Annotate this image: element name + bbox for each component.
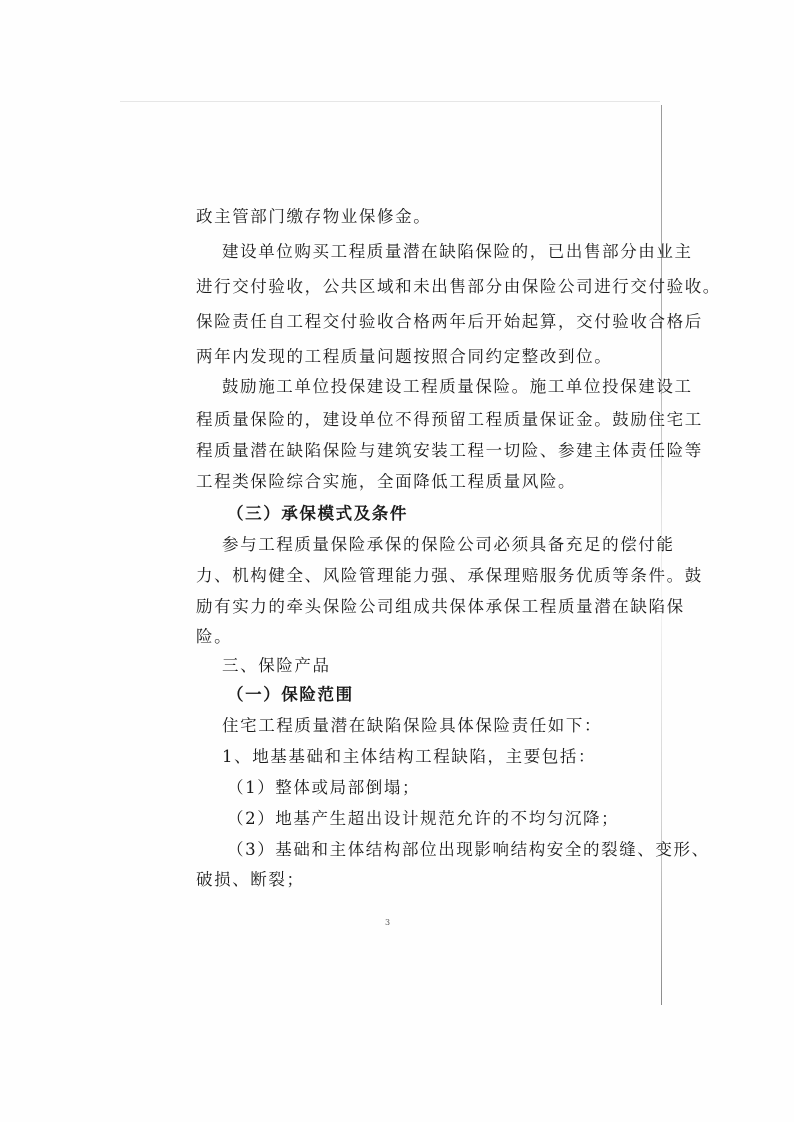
page-number: 3 (385, 918, 390, 927)
text-line: 程质量潜在缺陷保险与建筑安装工程一切险、参建主体责任险等 (196, 441, 703, 461)
text-line: 三、保险产品 (222, 656, 331, 676)
text-line: 程质量保险的，建设单位不得预留工程质量保证金。鼓励住宅工 (196, 410, 703, 430)
section-heading: （三）承保模式及条件 (227, 504, 408, 524)
text-line: 破损、断裂； (196, 870, 305, 890)
text-line: 政主管部门缴存物业保修金。 (196, 207, 431, 227)
text-line: （1）整体或局部倒塌； (227, 778, 420, 798)
text-line: 力、机构健全、风险管理能力强、承保理赔服务优质等条件。鼓 (196, 566, 703, 586)
text-line: （3）基础和主体结构部位出现影响结构安全的裂缝、变形、 (227, 840, 710, 860)
text-line: 励有实力的牵头保险公司组成共保体承保工程质量潜在缺陷保 (196, 597, 685, 617)
text-line: 1、地基基础和主体结构工程缺陷，主要包括： (222, 747, 596, 767)
text-line: （2）地基产生超出设计规范允许的不均匀沉降； (227, 809, 619, 829)
text-line: 参与工程质量保险承保的保险公司必须具备充足的偿付能 (222, 535, 675, 555)
text-line: 险。 (196, 627, 232, 647)
scan-right-edge (661, 105, 662, 1005)
text-line: 鼓励施工单位投保建设工程质量保险。施工单位投保建设工 (222, 377, 693, 397)
text-line: 两年内发现的工程质量问题按照合同约定整改到位。 (196, 347, 612, 367)
text-line: 工程类保险综合实施，全面降低工程质量风险。 (196, 472, 576, 492)
section-heading: （一）保险范围 (227, 685, 354, 705)
scan-top-edge (120, 101, 660, 102)
text-line: 建设单位购买工程质量潜在缺陷保险的，已出售部分由业主 (222, 242, 693, 262)
document-page: 政主管部门缴存物业保修金。建设单位购买工程质量潜在缺陷保险的，已出售部分由业主进… (0, 0, 794, 1122)
text-line: 进行交付验收，公共区域和未出售部分由保险公司进行交付验收。 (196, 277, 721, 297)
text-line: 保险责任自工程交付验收合格两年后开始起算，交付验收合格后 (196, 312, 703, 332)
text-line: 住宅工程质量潜在缺陷保险具体保险责任如下： (222, 716, 602, 736)
